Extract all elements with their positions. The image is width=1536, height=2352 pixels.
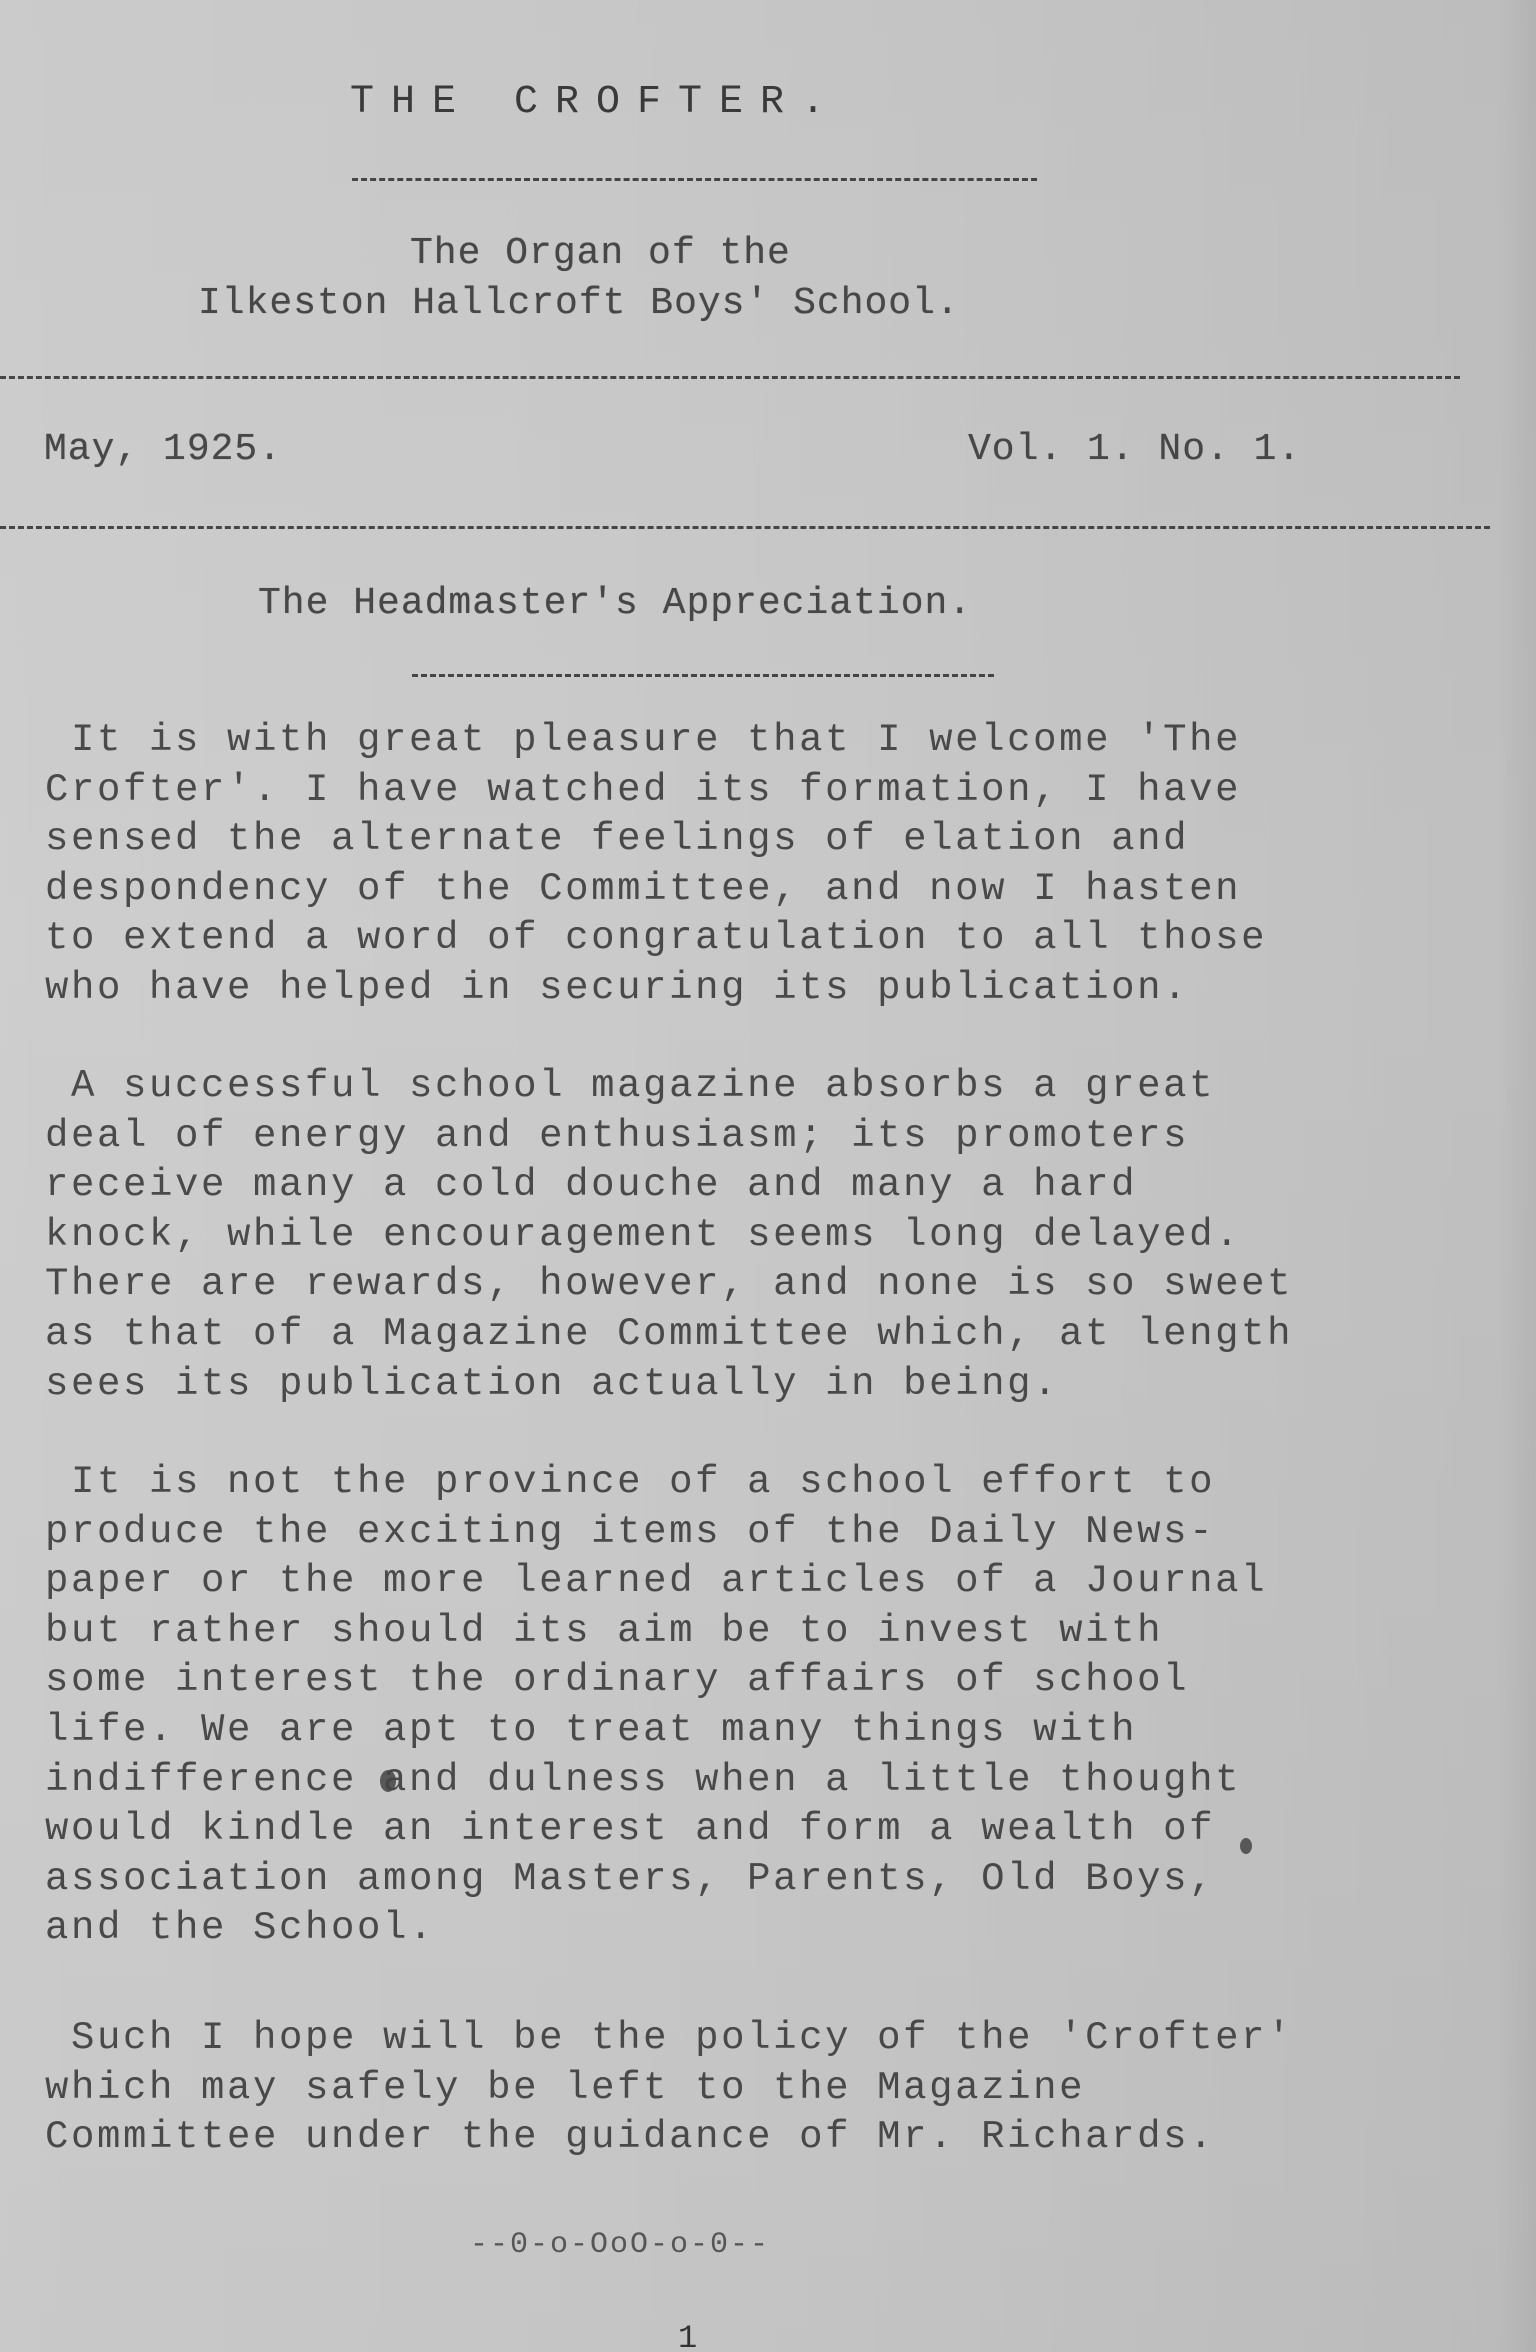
issue-volume: Vol. 1. No. 1. (968, 428, 1301, 471)
article-line: paper or the more learned articles of a … (45, 1559, 1267, 1603)
article-line: which may safely be left to the Magazine (45, 2066, 1085, 2110)
article-line: There are rewards, however, and none is … (45, 1262, 1293, 1306)
article-line: knock, while encouragement seems long de… (45, 1213, 1241, 1257)
issue-date: May, 1925. (44, 428, 282, 471)
article-line: to extend a word of congratulation to al… (45, 916, 1267, 960)
article-line: but rather should its aim be to invest w… (45, 1609, 1163, 1653)
scanned-page: THE CROFTER. The Organ of the Ilkeston H… (0, 0, 1536, 2352)
article-line: some interest the ordinary affairs of sc… (45, 1658, 1189, 1702)
header-rule-top (0, 376, 1460, 379)
ink-blot (380, 1770, 396, 1792)
article-line: deal of energy and enthusiasm; its promo… (45, 1114, 1189, 1158)
article-line: sees its publication actually in being. (45, 1362, 1059, 1406)
end-separator: --0-o-OoO-o-0-- (470, 2228, 770, 2262)
masthead-subtitle-line2: Ilkeston Hallcroft Boys' School. (198, 282, 960, 325)
article-line: as that of a Magazine Committee which, a… (45, 1312, 1293, 1356)
article-line: who have helped in securing its publicat… (45, 966, 1189, 1010)
article-line: A successful school magazine absorbs a g… (45, 1064, 1215, 1108)
article-line: Crofter'. I have watched its formation, … (45, 768, 1241, 812)
masthead-title: THE CROFTER. (350, 80, 842, 125)
masthead-subtitle-line1: The Organ of the (410, 232, 791, 275)
article-line: It is with great pleasure that I welcome… (45, 718, 1241, 762)
article-line: Committee under the guidance of Mr. Rich… (45, 2115, 1215, 2159)
page-number: 1 (678, 2320, 697, 2352)
article-line: life. We are apt to treat many things wi… (45, 1708, 1137, 1752)
article-line: would kindle an interest and form a weal… (45, 1807, 1215, 1851)
article-line: produce the exciting items of the Daily … (45, 1510, 1215, 1554)
article-line: despondency of the Committee, and now I … (45, 867, 1241, 911)
article-line: Such I hope will be the policy of the 'C… (45, 2016, 1293, 2060)
masthead-rule (352, 178, 1037, 181)
header-rule-bottom (0, 526, 1490, 529)
article-line: sensed the alternate feelings of elation… (45, 817, 1189, 861)
article-heading: The Headmaster's Appreciation. (258, 582, 972, 625)
article-line: receive many a cold douche and many a ha… (45, 1163, 1137, 1207)
article-line: indifference and dulness when a little t… (45, 1758, 1241, 1802)
article-line: association among Masters, Parents, Old … (45, 1857, 1215, 1901)
article-heading-rule (412, 674, 994, 677)
article-line: It is not the province of a school effor… (45, 1460, 1215, 1504)
article-line: and the School. (45, 1906, 435, 1950)
paper-edge-shadow (1496, 0, 1536, 2352)
ink-blot (1240, 1838, 1252, 1854)
